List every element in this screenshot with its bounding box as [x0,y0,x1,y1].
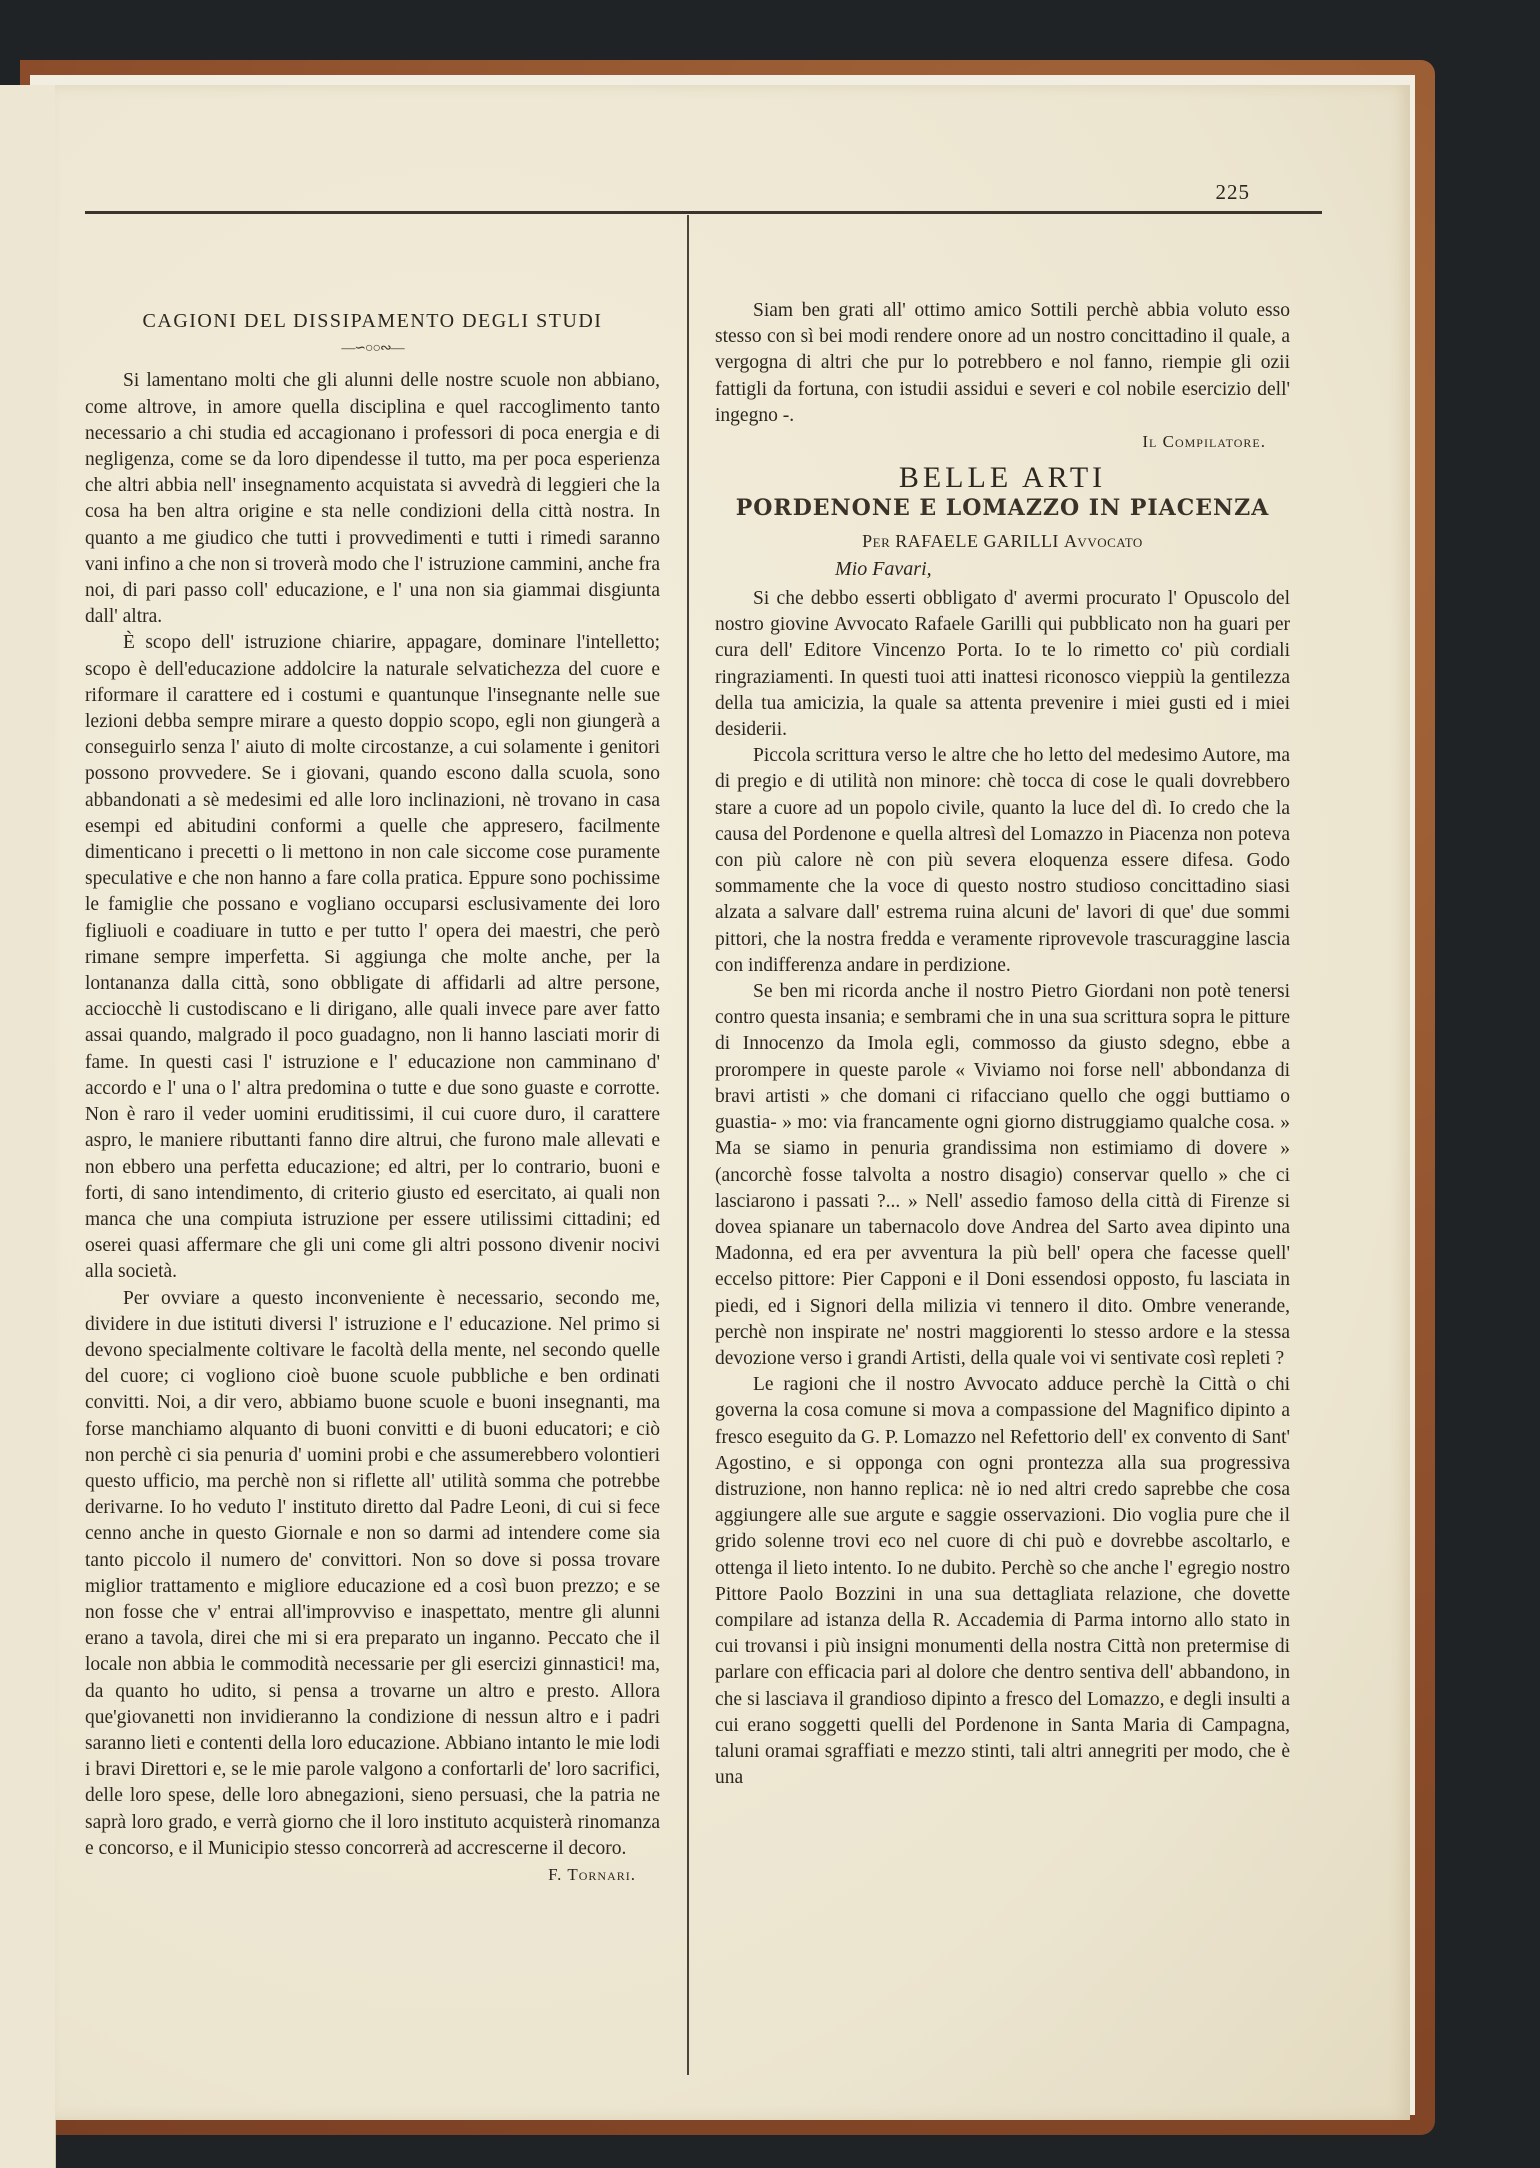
paragraph: Piccola scrittura verso le altre che ho … [715,743,1290,979]
byline-prefix: Per [862,531,890,551]
intro-signature: Il Compilatore. [715,429,1290,455]
byline: Per RAFAELE GARILLI Avvocato [715,528,1290,554]
column-divider [687,215,689,2075]
header-rule [85,211,1322,214]
left-column: CAGIONI DEL DISSIPAMENTO DEGLI STUDI —∽○… [85,230,660,1888]
intro-paragraph: Siam ben grati all' ottimo amico Sottili… [715,298,1290,429]
paragraph: Se ben mi ricorda anche il nostro Pietro… [715,979,1290,1372]
section-title: BELLE ARTI [715,465,1290,491]
byline-suffix: Avvocato [1064,531,1143,551]
paragraph: Si lamentano molti che gli alunni delle … [85,368,660,630]
paragraph: È scopo dell' istruzione chiarire, appag… [85,630,660,1285]
byline-author: RAFAELE GARILLI [895,531,1059,551]
paragraph: Le ragioni che il nostro Avvocato adduce… [715,1372,1290,1791]
page-number: 225 [1216,180,1251,205]
ornament-divider-icon: —∽○○∾— [85,336,660,362]
previous-page-edge [0,85,56,2168]
salutation: Mio Favari, [715,556,1290,582]
section-subtitle: PORDENONE E LOMAZZO IN PIACENZA [715,495,1290,521]
book-page: 225 CAGIONI DEL DISSIPAMENTO DEGLI STUDI… [55,85,1410,2120]
paragraph: Si che debbo esserti obbligato d' avermi… [715,586,1290,743]
paragraph: Per ovviare a questo inconveniente è nec… [85,1286,660,1862]
right-column: Siam ben grati all' ottimo amico Sottili… [715,230,1290,1791]
article-signature: F. Tornari. [85,1862,660,1888]
article-title: CAGIONI DEL DISSIPAMENTO DEGLI STUDI [85,308,660,334]
